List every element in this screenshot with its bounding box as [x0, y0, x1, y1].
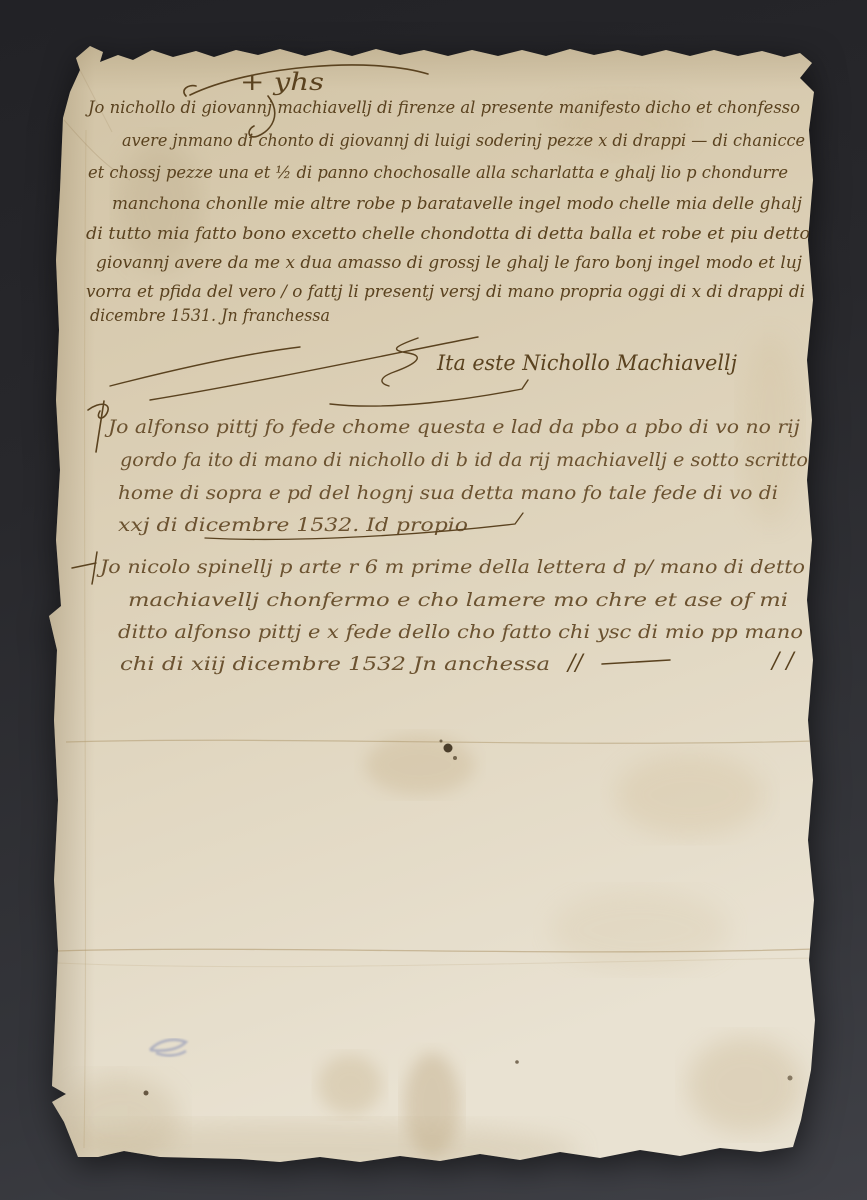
- manuscript-line: gordo fa ito di mano di nichollo di b id…: [120, 450, 808, 471]
- manuscript-line: Jo nicolo spinellj p arte r 6 m prime de…: [96, 557, 805, 578]
- paper-top-shadow: [49, 44, 819, 90]
- paper-left-shadow: [49, 40, 95, 1170]
- manuscript-line: giovannj avere da me x dua amasso di gro…: [96, 253, 803, 273]
- manuscript-line: chi di xiij dicembre 1532 Jn anchessa: [120, 654, 550, 675]
- manuscript-line: et chossj pezze una et ½ di panno chocho…: [88, 163, 788, 183]
- manuscript-line: dicembre 1531. Jn franchessa: [90, 306, 330, 326]
- manuscript-line: avere jnmano di chonto di giovannj di lu…: [122, 131, 805, 151]
- manuscript-line: home di sopra e pd del hognj sua detta m…: [118, 483, 778, 504]
- invocation-text: + yhs: [240, 68, 324, 96]
- attestation-signature: Ita este Nichollo Machiavellj: [436, 351, 737, 375]
- slash-marks-right: / /: [770, 649, 796, 674]
- manuscript-line: manchona chonlle mie altre robe p barata…: [112, 194, 803, 214]
- declaration-block: Jo nichollo di giovannj machiavellj di f…: [85, 98, 810, 326]
- manuscript-line: vorra et pfida del vero / o fattj li pre…: [86, 282, 805, 302]
- manuscript-line: di tutto mia fatto bono excetto chelle c…: [86, 224, 810, 244]
- slash-marks-left: //: [566, 651, 585, 676]
- manuscript-line: machiavellj chonfermo e cho lamere mo ch…: [128, 590, 788, 611]
- manuscript-photo: + yhs Jo nichollo di giovannj machiavell…: [0, 0, 867, 1200]
- manuscript-line: Jo nichollo di giovannj machiavellj di f…: [85, 98, 800, 118]
- photo-background: + yhs Jo nichollo di giovannj machiavell…: [0, 0, 867, 1200]
- manuscript-line: Jo alfonso pittj fo fede chome questa e …: [104, 417, 801, 438]
- manuscript-line: ditto alfonso pittj e x fede dello cho f…: [118, 622, 803, 643]
